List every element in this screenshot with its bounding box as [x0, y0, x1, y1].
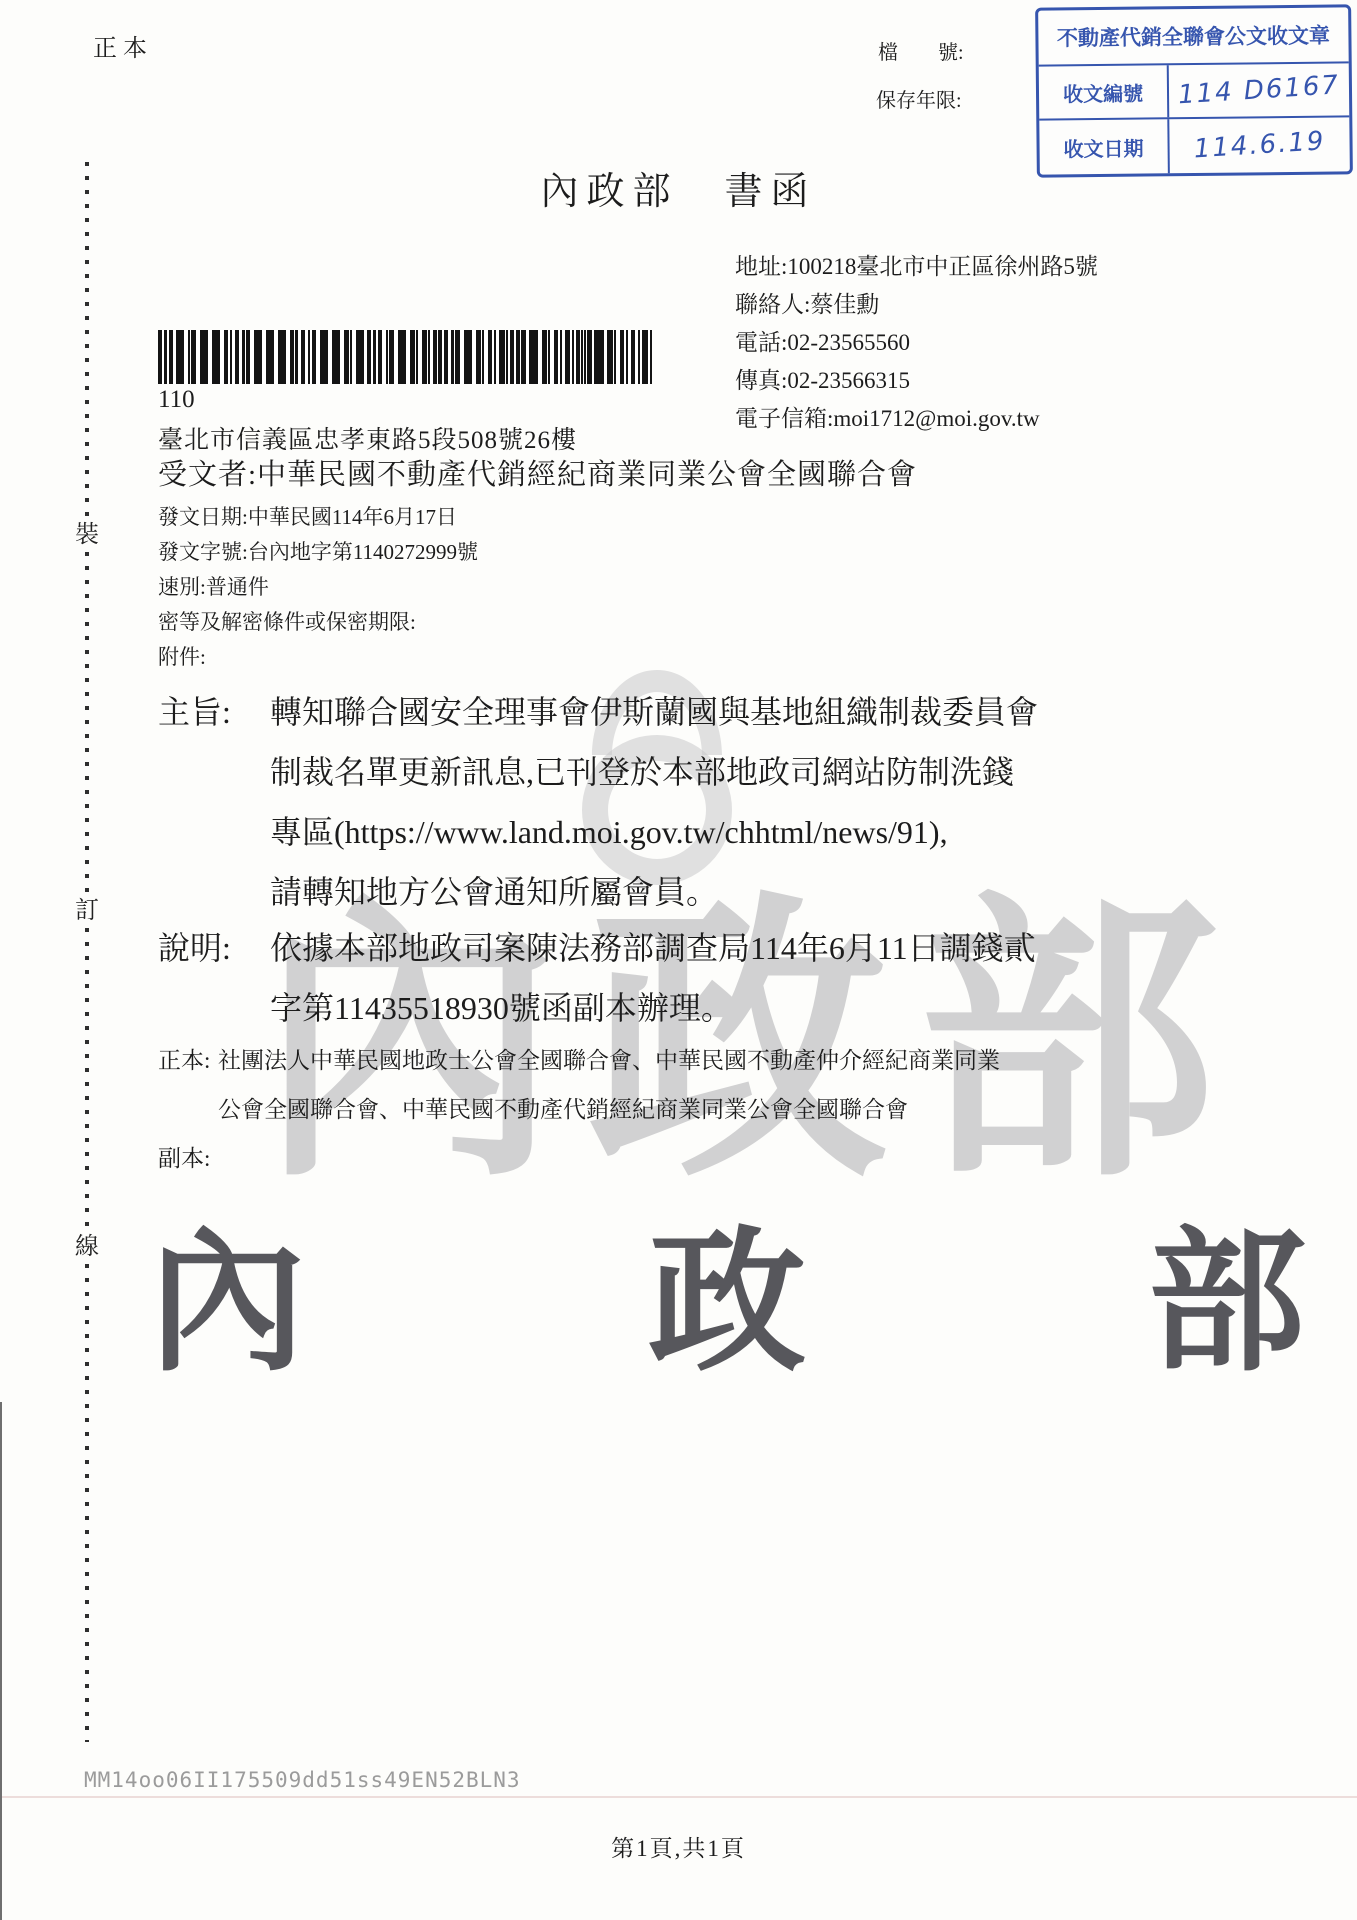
attachment-label: 附件: — [158, 640, 478, 675]
binding-margin: 裝 訂 線 — [74, 162, 100, 1762]
receipt-stamp: 不動產代銷全聯會公文收文章 收文編號 114 D6167 收文日期 114.6.… — [1035, 4, 1353, 177]
binding-dotted-line — [85, 1264, 89, 1742]
sender-contact-block: 地址:100218臺北市中正區徐州路5號 聯絡人:蔡佳勳 電話:02-23565… — [735, 248, 1098, 438]
copy-type-label: 正本 — [93, 28, 153, 63]
receipt-number-row: 收文編號 114 D6167 — [1039, 63, 1350, 120]
speed-class: 速別:普通件 — [158, 570, 478, 605]
receipt-number-label: 收文編號 — [1039, 65, 1170, 118]
subject-line: 制裁名單更新訊息,已刊登於本部地政司網站防制洗錢 — [270, 742, 1038, 802]
binding-dotted-line — [85, 928, 89, 1230]
sender-contact-person: 聯絡人:蔡佳勳 — [735, 286, 1098, 324]
official-letter-page: 內政部 正本 檔 號: 保存年限: 不動產代銷全聯會公文收文章 收文編號 114… — [0, 0, 1357, 1920]
recipient-address: 臺北市信義區忠孝東路5段508號26樓 — [158, 420, 577, 456]
subject-body: 轉知聯合國安全理事會伊斯蘭國與基地組織制裁委員會 制裁名單更新訊息,已刊登於本部… — [270, 682, 1038, 922]
issue-number: 發文字號:台內地字第1140272999號 — [158, 535, 478, 570]
binding-char-xian: 線 — [75, 1230, 99, 1264]
description-block: 說明: 依據本部地政司案陳法務部調查局114年6月11日調錢貳 字第114355… — [158, 918, 1036, 1038]
scan-artifact-line — [0, 1796, 1357, 1798]
receipt-number-value: 114 D6167 — [1168, 59, 1351, 122]
original-distribution: 正本: 社團法人中華民國地政士公會全國聯合會、中華民國不動產仲介經紀商業同業 公… — [158, 1036, 1000, 1134]
document-title: 內政部 書函 — [0, 160, 1357, 215]
page-number-footer: 第1頁,共1頁 — [0, 1830, 1357, 1863]
subject-line: 專區(https://www.land.moi.gov.tw/chhtml/ne… — [270, 802, 1038, 862]
description-line: 依據本部地政司案陳法務部調查局114年6月11日調錢貳 — [270, 918, 1036, 978]
file-number-label: 檔 號: — [878, 36, 964, 65]
secrecy-class: 密等及解密條件或保密期限: — [158, 605, 478, 640]
distribution-block: 正本: 社團法人中華民國地政士公會全國聯合會、中華民國不動產仲介經紀商業同業 公… — [158, 1036, 1000, 1183]
description-line: 字第11435518930號函副本辦理。 — [270, 978, 1036, 1038]
binding-char-zhuang: 裝 — [75, 518, 99, 552]
description-body: 依據本部地政司案陳法務部調查局114年6月11日調錢貳 字第1143551893… — [270, 918, 1036, 1038]
subject-line: 請轉知地方公會通知所屬會員。 — [270, 862, 1038, 922]
sender-address: 地址:100218臺北市中正區徐州路5號 — [735, 248, 1098, 286]
sender-fax: 傳真:02-23566315 — [735, 362, 1098, 400]
original-body: 社團法人中華民國地政士公會全國聯合會、中華民國不動產仲介經紀商業同業 公會全國聯… — [218, 1036, 1000, 1134]
binding-dotted-line — [85, 552, 89, 894]
sender-phone: 電話:02-23565560 — [735, 324, 1098, 362]
subject-line: 轉知聯合國安全理事會伊斯蘭國與基地組織制裁委員會 — [270, 682, 1038, 742]
receipt-stamp-title: 不動產代銷全聯會公文收文章 — [1038, 7, 1349, 66]
recipient-line: 受文者:中華民國不動產代銷經紀商業同業公會全國聯合會 — [158, 452, 917, 493]
description-label: 說明: — [158, 918, 270, 1038]
document-code: MM14oo06II175509dd51ss49EN52BLN3 — [84, 1768, 521, 1792]
binding-dotted-line — [85, 162, 89, 518]
sender-email: 電子信箱:moi1712@moi.gov.tw — [735, 400, 1098, 438]
recipient-zip: 110 — [158, 386, 195, 414]
issue-date: 發文日期:中華民國114年6月17日 — [158, 500, 478, 535]
binding-char-ding: 訂 — [75, 894, 99, 928]
original-line: 公會全國聯合會、中華民國不動產代銷經紀商業同業公會全國聯合會 — [218, 1085, 1000, 1134]
agency-seal-stamp: 內 政 部 — [148, 1178, 1357, 1400]
subject-block: 主旨: 轉知聯合國安全理事會伊斯蘭國與基地組織制裁委員會 制裁名單更新訊息,已刊… — [158, 682, 1038, 922]
original-label: 正本: — [158, 1036, 218, 1134]
retention-period-label: 保存年限: — [876, 84, 962, 113]
mail-barcode — [158, 330, 652, 384]
subject-label: 主旨: — [158, 682, 270, 922]
copy-distribution-label: 副本: — [158, 1134, 1000, 1183]
original-line: 社團法人中華民國地政士公會全國聯合會、中華民國不動產仲介經紀商業同業 — [218, 1036, 1000, 1085]
document-meta-block: 發文日期:中華民國114年6月17日 發文字號:台內地字第1140272999號… — [158, 500, 478, 675]
